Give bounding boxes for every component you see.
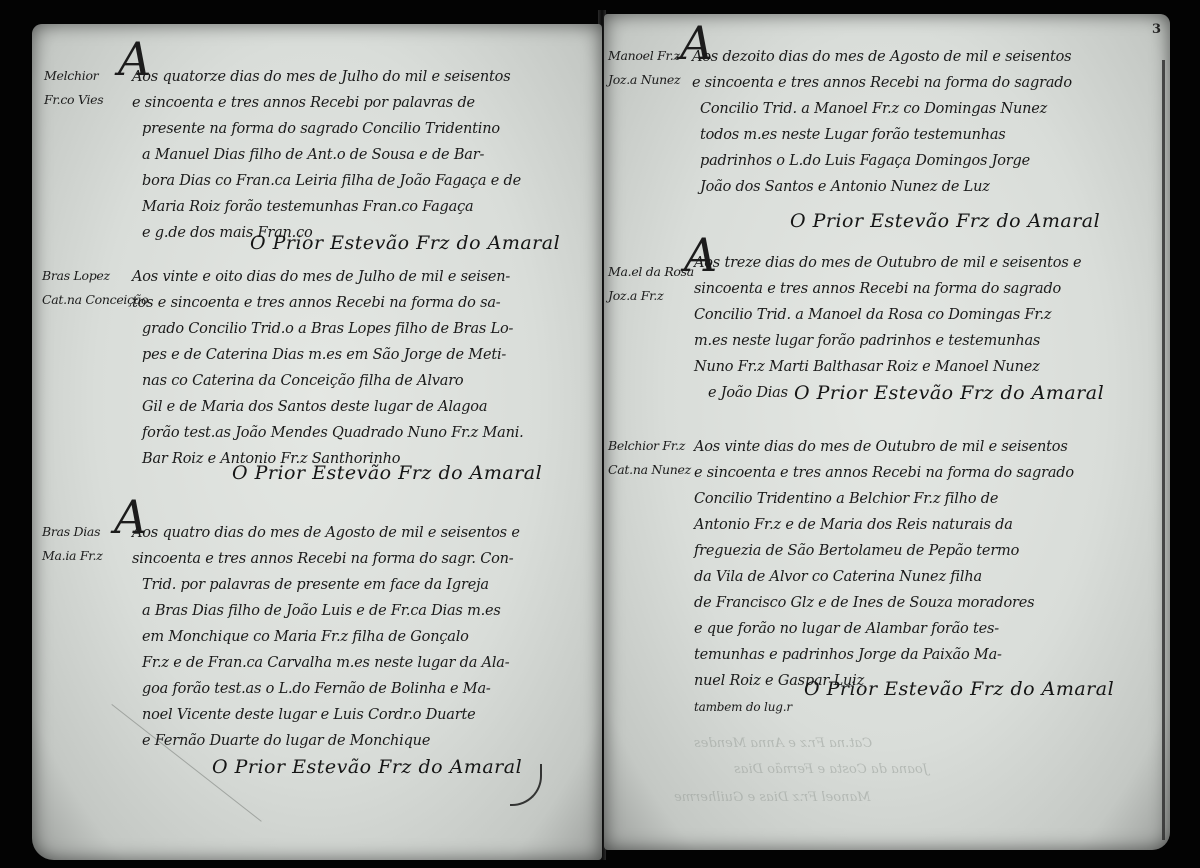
bleed-through-text: Joana da Costa e Fernão Dias <box>734 762 928 777</box>
right-page: 3 Manoel Fr.z Joz.a Nunez A Aos dezoito … <box>604 14 1170 850</box>
entry-text: Aos quatro dias do mes de Agosto de mil … <box>132 520 520 754</box>
bleed-through-text: Manoel Fr.z Dias e Guilherme <box>674 790 871 805</box>
prior-signature: O Prior Estevão Frz do Amaral <box>790 210 1100 232</box>
page-edge-rule <box>1162 60 1165 840</box>
left-page: Melchior Fr.co Vies A Aos quatorze dias … <box>32 24 602 860</box>
page-number: 3 <box>1152 22 1161 37</box>
prior-signature: O Prior Estevão Frz do Amaral <box>250 232 560 254</box>
margin-names: Belchior Fr.z Cat.na Nunez <box>608 434 696 482</box>
prior-signature: O Prior Estevão Frz do Amaral <box>794 382 1104 404</box>
prior-signature: O Prior Estevão Frz do Amaral <box>232 462 542 484</box>
bleed-through-text: Cat.na Fr.z e Anna Mendes <box>694 736 872 751</box>
prior-signature: O Prior Estevão Frz do Amaral <box>212 756 522 778</box>
entry-text: Aos quatorze dias do mes de Julho do mil… <box>132 64 521 246</box>
signature-flourish <box>510 764 542 806</box>
margin-names: Bras Lopez Cat.na Conceição <box>42 264 130 312</box>
entry-text: Aos dezoito dias do mes de Agosto de mil… <box>692 44 1072 200</box>
prior-signature: O Prior Estevão Frz do Amaral <box>804 678 1114 700</box>
margin-names: Ma.el da Rosa Joz.a Fr.z <box>608 260 696 308</box>
entry-text: Aos vinte e oito dias do mes de Julho de… <box>132 264 524 472</box>
